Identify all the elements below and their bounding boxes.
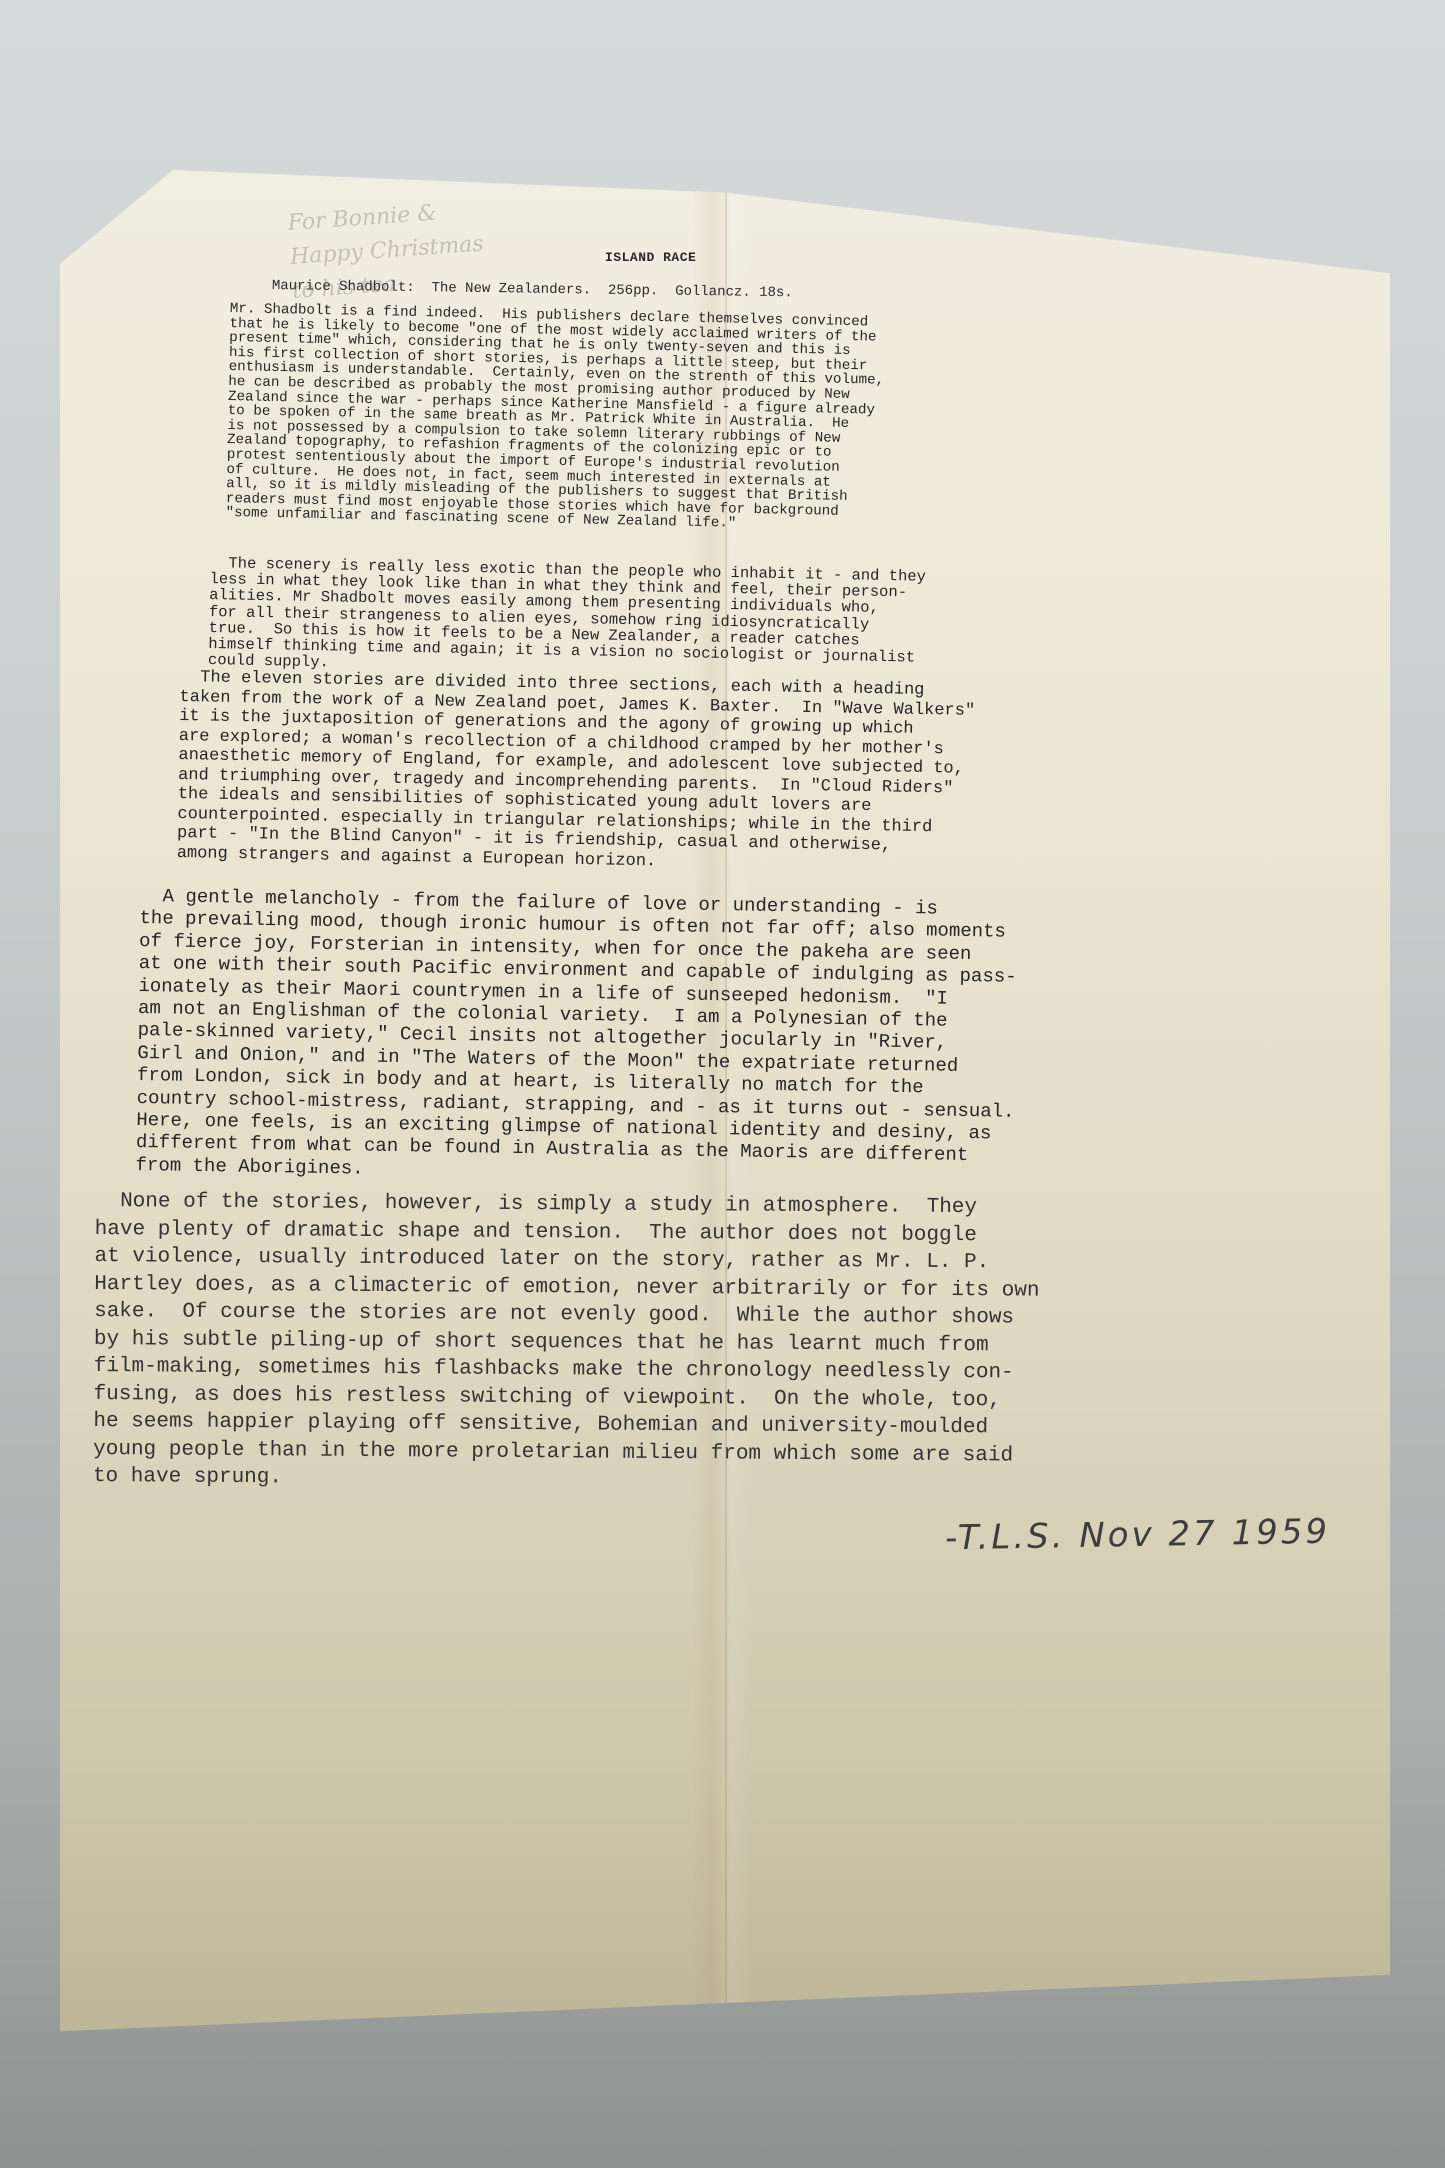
- paragraph-3: The eleven stories are divided into thre…: [177, 668, 976, 877]
- handwritten-attribution: -T.L.S. Nov 27 1959: [945, 1512, 1331, 1559]
- paragraph-2: The scenery is really less exotic than t…: [208, 555, 926, 682]
- paragraph-1: Mr. Shadbolt is a find indeed. His publi…: [225, 302, 885, 535]
- paragraph-4: A gentle melancholy - from the failure o…: [135, 885, 1017, 1190]
- review-title: ISLAND RACE: [605, 250, 696, 265]
- paragraph-5: None of the stories, however, is simply …: [93, 1188, 1040, 1497]
